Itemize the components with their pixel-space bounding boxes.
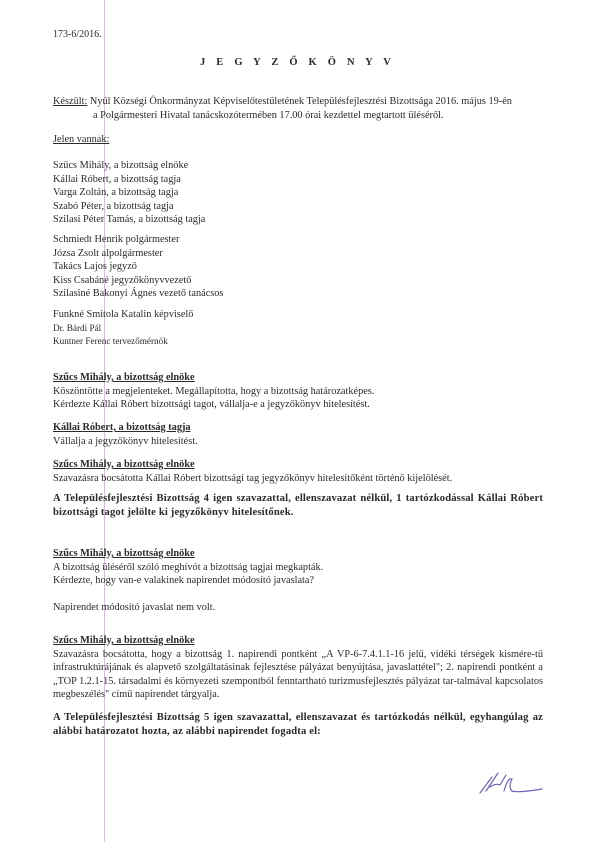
list-item: Józsa Zsolt alpolgármester [53, 247, 223, 261]
present-label: Jelen vannak: [53, 133, 109, 147]
speaker-heading: Szűcs Mihály, a bizottság elnöke [53, 547, 323, 561]
section-1: Szűcs Mihály, a bizottság elnöke Köszönt… [53, 371, 374, 412]
list-item: Szilasi Péter Tamás, a bizottság tagja [53, 213, 205, 227]
present-section: Jelen vannak: [53, 133, 109, 147]
section-2: Kállai Róbert, a bizottság tagja Vállalj… [53, 421, 198, 448]
list-item: Funkné Smitola Katalin képviselő [53, 308, 193, 322]
speaker-heading: Szűcs Mihály, a bizottság elnöke [53, 371, 374, 385]
list-item: Szabó Péter, a bizottság tagja [53, 200, 205, 214]
decision-2: A Településfejlesztési Bizottság 5 igen … [53, 711, 543, 738]
signature-icon [478, 765, 548, 808]
paragraph-line: Kérdezte Kállai Róbert bizottsági tagot,… [53, 398, 374, 412]
list-item: Kuntner Ferenc tervezőmérnök [53, 335, 193, 349]
list-item: Dr. Bárdi Pál [53, 322, 193, 336]
paragraph-line: Köszöntötte a megjelenteket. Megállapíto… [53, 385, 374, 399]
list-item: Takács Lajos jegyző [53, 260, 223, 274]
speaker-heading: Szűcs Mihály, a bizottság elnöke [53, 634, 543, 648]
made-line-2: a Polgármesteri Hivatal tanácskozóterméb… [53, 109, 512, 123]
guests-list: Funkné Smitola Katalin képviselő Dr. Bár… [53, 308, 193, 349]
paragraph-line: A bizottság üléséről szóló meghívót a bi… [53, 561, 323, 575]
list-item: Kiss Csabáné jegyzőkönyvvezető [53, 274, 223, 288]
section-4: Szűcs Mihály, a bizottság elnöke A bizot… [53, 547, 323, 614]
paragraph-line: Szavazásra bocsátotta Kállai Róbert bizo… [53, 472, 452, 486]
reference-number: 173-6/2016. [53, 29, 102, 40]
list-item: Szűcs Mihály, a bizottság elnöke [53, 159, 205, 173]
made-label: Készült: [53, 96, 87, 107]
list-item: Szilasiné Bakonyi Ágnes vezető tanácsos [53, 287, 223, 301]
list-item: Varga Zoltán, a bizottság tagja [53, 186, 205, 200]
paragraph: Szavazásra bocsátotta, hogy a bizottság … [53, 648, 543, 702]
document-title: J E G Y Z Ő K Ö N Y V [0, 57, 595, 68]
list-item: Schmiedt Henrik polgármester [53, 233, 223, 247]
section-3: Szűcs Mihály, a bizottság elnöke Szavazá… [53, 458, 452, 485]
officials-list: Schmiedt Henrik polgármester Józsa Zsolt… [53, 233, 223, 301]
decision-1: A Településfejlesztési Bizottság 4 igen … [53, 492, 543, 519]
list-item: Kállai Róbert, a bizottság tagja [53, 173, 205, 187]
paragraph-line: Kérdezte, hogy van-e valakinek napirende… [53, 574, 323, 588]
section-5: Szűcs Mihály, a bizottság elnöke Szavazá… [53, 634, 543, 702]
paragraph-line: Vállalja a jegyzőkönyv hitelesítést. [53, 435, 198, 449]
speaker-heading: Kállai Róbert, a bizottság tagja [53, 421, 198, 435]
paragraph-line: Napirendet módosító javaslat nem volt. [53, 601, 323, 615]
speaker-heading: Szűcs Mihály, a bizottság elnöke [53, 458, 452, 472]
members-list: Szűcs Mihály, a bizottság elnöke Kállai … [53, 159, 205, 227]
made-line-1: Nyúl Községi Önkormányzat Képviselőtestü… [90, 96, 512, 107]
made-statement: Készült: Nyúl Községi Önkormányzat Képvi… [53, 95, 512, 122]
